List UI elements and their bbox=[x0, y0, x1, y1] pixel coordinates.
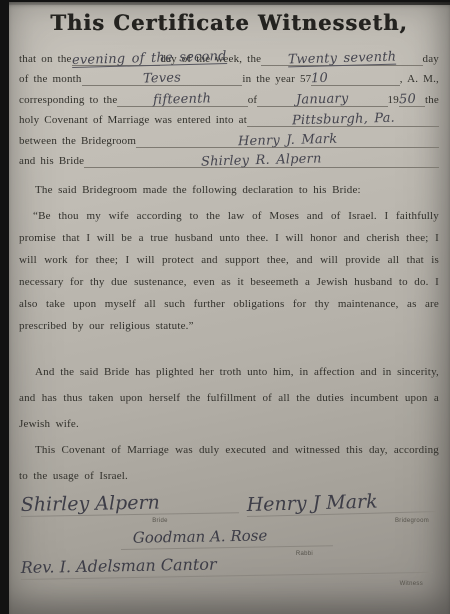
printed-text: between the Bridegroom bbox=[19, 135, 136, 148]
printed-text: holy Covenant of Marriage was entered in… bbox=[19, 114, 247, 127]
printed-text: day bbox=[423, 53, 439, 66]
bride-signature-label: Bride bbox=[21, 518, 239, 524]
witness-signature-label: Witness bbox=[21, 581, 433, 587]
blank-line: Teves bbox=[82, 72, 243, 86]
printed-text: that on the bbox=[19, 53, 72, 66]
printed-text: corresponding to the bbox=[19, 94, 117, 107]
printed-text: , A. M., bbox=[400, 73, 439, 86]
form-line-week-day: that on the evening of the second day of… bbox=[19, 45, 439, 66]
handwritten-shirley-alpern: Shirley R. Alpern bbox=[201, 152, 322, 168]
handwritten-pittsburgh: Pittsburgh, Pa. bbox=[291, 112, 394, 128]
form-line-hebrew-month: of the month Teves in the year 57 10 , A… bbox=[19, 66, 439, 87]
bridegroom-signature: Henry J Mark bbox=[246, 490, 437, 517]
printed-text: of bbox=[248, 94, 258, 107]
bridegroom-declaration: “Be thou my wife according to the law of… bbox=[19, 205, 439, 337]
blank-line: Pittsburgh, Pa. bbox=[247, 113, 439, 127]
rabbi-signature: Goodman A. Rose bbox=[121, 524, 333, 550]
printed-text: of the month bbox=[19, 73, 82, 86]
blank-line: 10 bbox=[311, 72, 399, 86]
blank-line: January bbox=[257, 93, 387, 107]
bride-pledge-paragraph: And the said Bride has plighted her trot… bbox=[19, 359, 439, 437]
handwritten-year-10: 10 bbox=[311, 72, 328, 85]
form-line-civil-date: corresponding to the fifteenth of Januar… bbox=[19, 86, 439, 107]
witness-signature: Rev. I. Adelsman Cantor bbox=[21, 551, 433, 580]
blank-line: Henry J. Mark bbox=[136, 134, 439, 148]
form-line-bridegroom: between the Bridegroom Henry J. Mark bbox=[19, 127, 439, 148]
certificate-paper: This Certificate Witnesseth, that on the… bbox=[9, 2, 450, 614]
certificate-photo: This Certificate Witnesseth, that on the… bbox=[0, 0, 450, 614]
certificate-title: This Certificate Witnesseth, bbox=[19, 10, 439, 35]
form-line-place: holy Covenant of Marriage was entered in… bbox=[19, 107, 439, 128]
bride-signature-unit: Shirley Alpern Bride bbox=[21, 495, 239, 524]
printed-text: in the year 57 bbox=[242, 73, 311, 86]
handwritten-fifteenth: fifteenth bbox=[153, 92, 211, 107]
blank-line: evening of the second bbox=[72, 52, 161, 66]
printed-text: 19 bbox=[388, 94, 399, 107]
bridegroom-signature-unit: Henry J Mark Bridegroom bbox=[247, 495, 437, 524]
execution-paragraph: This Covenant of Marriage was duly execu… bbox=[19, 437, 439, 489]
handwritten-teves: Teves bbox=[143, 72, 181, 86]
printed-text: and his Bride bbox=[19, 155, 84, 168]
form-line-bride: and his Bride Shirley R. Alpern bbox=[19, 148, 439, 169]
handwritten-year-50: 50 bbox=[399, 92, 416, 105]
declaration-intro: The said Bridegroom made the following d… bbox=[19, 182, 439, 198]
blank-line: fifteenth bbox=[117, 93, 247, 107]
handwritten-january: January bbox=[296, 92, 349, 106]
printed-text: the bbox=[425, 94, 439, 107]
blank-line: Shirley R. Alpern bbox=[84, 154, 439, 168]
photo-top-shadow bbox=[9, 2, 450, 5]
blank-line: 50 bbox=[399, 93, 425, 107]
handwritten-twenty-seventh: Twenty seventh bbox=[288, 50, 397, 67]
handwritten-henry-j-mark: Henry J. Mark bbox=[238, 132, 338, 148]
signature-block: Shirley Alpern Bride Henry J Mark Brideg… bbox=[19, 495, 439, 599]
bride-signature: Shirley Alpern bbox=[21, 491, 239, 517]
fill-in-form: that on the evening of the second day of… bbox=[19, 45, 439, 168]
blank-line: Twenty seventh bbox=[261, 52, 422, 66]
witness-signature-unit: Rev. I. Adelsman Cantor Witness bbox=[21, 558, 433, 587]
bridegroom-signature-label: Bridegroom bbox=[247, 518, 437, 524]
